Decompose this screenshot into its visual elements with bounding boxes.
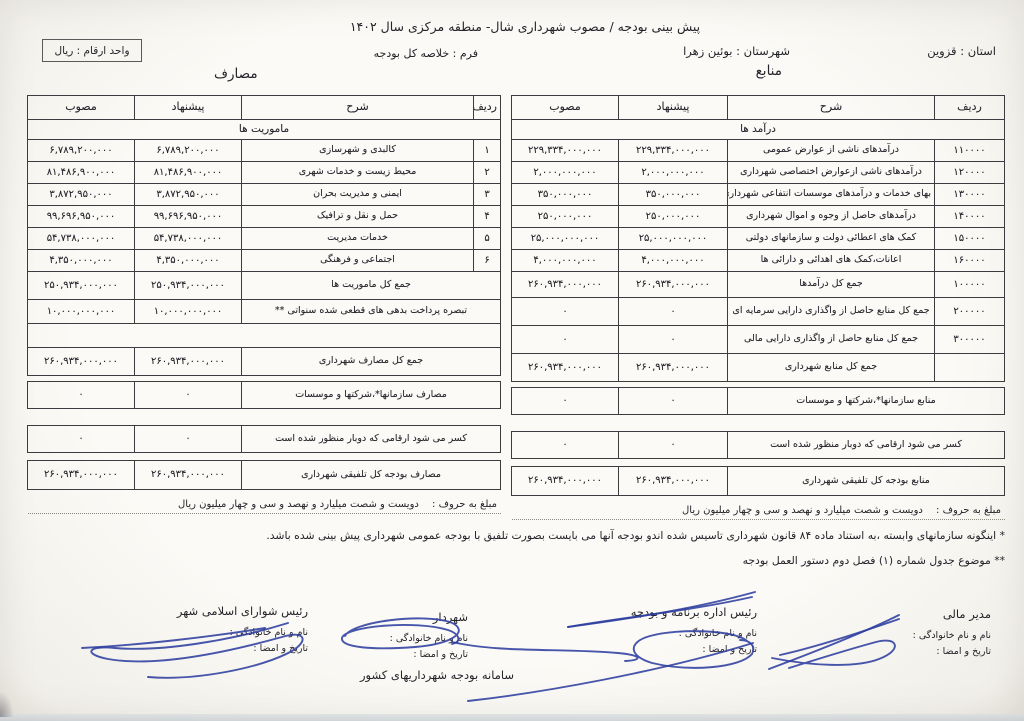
proposed-cell: ۲۶۰,۹۳۴,۰۰۰,۰۰۰ (619, 354, 728, 382)
expenses-organizations-row: مصارف سازمانها*،شرکتها و موسسات ۰ ۰ (27, 381, 501, 409)
note-debts-row: تبصره پرداخت بدهی های قطعی شده سنواتی **… (28, 300, 501, 324)
table-row: ۳ ایمنی و مدیریت بحران ۳,۸۷۲,۹۵۰,۰۰۰ ۳,۸… (28, 184, 501, 206)
resources-consolidated-row: منابع بودجه کل تلفیقی شهرداری ۲۶۰,۹۳۴,۰۰… (511, 466, 1005, 496)
expenses-section: ردیف شرح پیشنهاد مصوب ماموریت ها ۱ کالبد… (28, 95, 501, 514)
signature-block-mayor: شهردار نام و نام خانوادگی : تاریخ و امضا… (333, 610, 468, 660)
approved-cell: ۰ (512, 388, 619, 415)
code-cell: ۱۱۰۰۰۰ (935, 140, 1005, 162)
code-cell: ۶ (474, 250, 501, 272)
expenses-table: ردیف شرح پیشنهاد مصوب ماموریت ها ۱ کالبد… (27, 95, 501, 376)
budget-system-caption: سامانه بودجه شهرداریهای کشور (347, 668, 527, 682)
band-label: ماموریت ها (28, 120, 501, 140)
band-row: ماموریت ها (28, 120, 501, 140)
code-cell: ۱۰۰۰۰۰ (935, 272, 1005, 298)
expenses-deduction-row: کسر می شود ارقامی که دوبار منظور شده است… (27, 425, 501, 453)
empty-row (28, 324, 501, 348)
desc-cell: بهای خدمات و درآمدهای موسسات انتفاعی شهر… (728, 184, 935, 206)
expenses-table-title: مصارف (214, 66, 258, 82)
approved-cell: ۰ (512, 298, 619, 326)
code-cell: ۱۲۰۰۰۰ (935, 162, 1005, 184)
role-title: رئیس شوارای اسلامی شهر (108, 604, 308, 618)
desc-cell: جمع کل درآمدها (728, 272, 935, 298)
header-code: ردیف (474, 96, 501, 120)
province-label: استان : قزوین (927, 44, 996, 58)
proposed-cell: ۲۲۹,۳۳۴,۰۰۰,۰۰۰ (619, 140, 728, 162)
approved-cell: ۳۵۰,۰۰۰,۰۰۰ (512, 184, 619, 206)
proposed-cell: ۱۰,۰۰۰,۰۰۰,۰۰۰ (135, 300, 242, 324)
table-row: ۱ کالبدی و شهرسازی ۶,۷۸۹,۲۰۰,۰۰۰ ۶,۷۸۹,۲… (28, 140, 501, 162)
proposed-cell: ۲۶۰,۹۳۴,۰۰۰,۰۰۰ (135, 348, 242, 376)
resources-table: ردیف شرح پیشنهاد مصوب درآمد ها ۱۱۰۰۰۰ در… (511, 95, 1005, 382)
table-row: ۱۲۰۰۰۰ درآمدهای ناشی ازعوارض اختصاصی شهر… (512, 162, 1005, 184)
table-row: ۱۱۰۰۰۰ درآمدهای ناشی از عوارض عمومی ۲۲۹,… (512, 140, 1005, 162)
proposed-cell: ۲۵۰,۹۳۴,۰۰۰,۰۰۰ (135, 272, 242, 300)
total-missions-row: جمع کل ماموریت ها ۲۵۰,۹۳۴,۰۰۰,۰۰۰ ۲۵۰,۹۳… (28, 272, 501, 300)
desc-cell: کسر می شود ارقامی که دوبار منظور شده است (728, 432, 1005, 459)
signature-block-budget-office-head: رئیس اداره برنامه و بودجه نام و نام خانو… (577, 605, 757, 655)
role-title: رئیس اداره برنامه و بودجه (577, 605, 757, 619)
proposed-cell: ۲۵,۰۰۰,۰۰۰,۰۰۰ (619, 228, 728, 250)
name-label: نام و نام خانوادگی : (851, 630, 991, 641)
role-title: شهردار (339, 610, 468, 624)
name-label: نام و نام خانوادگی : (333, 633, 468, 644)
code-cell: ۲۰۰۰۰۰ (935, 298, 1005, 326)
proposed-cell: ۰ (619, 326, 728, 354)
table-row: ۱۶۰۰۰۰ اعانات،کمک های اهدائی و دارائی ها… (512, 250, 1005, 272)
desc-cell: درآمدهای ناشی ازعوارض اختصاصی شهرداری (728, 162, 935, 184)
amount-words-label: مبلغ به حروف : (432, 499, 497, 510)
desc-cell: درآمدهای حاصل از وجوه و اموال شهرداری (728, 206, 935, 228)
proposed-cell: ۴,۳۵۰,۰۰۰,۰۰۰ (135, 250, 242, 272)
approved-cell: ۲۶۰,۹۳۴,۰۰۰,۰۰۰ (512, 467, 619, 496)
signature-block-islamic-council-head: رئیس شوارای اسلامی شهر نام و نام خانوادگ… (80, 604, 308, 654)
scan-corner-smudge (0, 691, 14, 717)
approved-cell: ۰ (512, 326, 619, 354)
code-cell: ۴ (474, 206, 501, 228)
approved-cell: ۲۵,۰۰۰,۰۰۰,۰۰۰ (512, 228, 619, 250)
table-header-row: ردیف شرح پیشنهاد مصوب (512, 96, 1005, 120)
header-approved: مصوب (28, 96, 135, 120)
table-row: ۱۳۰۰۰۰ بهای خدمات و درآمدهای موسسات انتف… (512, 184, 1005, 206)
resources-table-title: منابع (756, 63, 782, 79)
footnote-2: ** موضوع جدول شماره (۱) فصل دوم دستور ال… (743, 554, 1005, 567)
scan-edge-strip (0, 714, 1024, 721)
code-cell: ۵ (474, 228, 501, 250)
proposed-cell: ۰ (135, 382, 242, 409)
desc-cell: جمع کل منابع حاصل از واگذاری دارایی سرما… (728, 298, 935, 326)
approved-cell: ۲۶۰,۹۳۴,۰۰۰,۰۰۰ (28, 461, 135, 490)
amount-words-value: دویست و شصت میلیارد و نهصد و سی و چهار م… (682, 505, 923, 516)
unit-of-figures-box: واحد ارقام : ریال (42, 39, 142, 62)
approved-cell: ۲۵۰,۹۳۴,۰۰۰,۰۰۰ (28, 272, 135, 300)
desc-cell: منابع بودجه کل تلفیقی شهرداری (728, 467, 1005, 496)
total-resources-row: جمع کل منابع شهرداری ۲۶۰,۹۳۴,۰۰۰,۰۰۰ ۲۶۰… (512, 354, 1005, 382)
desc-cell: اعانات،کمک های اهدائی و دارائی ها (728, 250, 935, 272)
band-label: درآمد ها (512, 120, 1005, 140)
approved-cell: ۰ (28, 426, 135, 453)
approved-cell: ۴,۳۵۰,۰۰۰,۰۰۰ (28, 250, 135, 272)
table-row: ۴ حمل و نقل و ترافیک ۹۹,۶۹۶,۹۵۰,۰۰۰ ۹۹,۶… (28, 206, 501, 228)
desc-cell: کمک های اعطائی دولت و سازمانهای دولتی (728, 228, 935, 250)
county-label: شهرستان : بوئین زهرا (683, 44, 790, 58)
header-desc: شرح (242, 96, 474, 120)
approved-cell: ۲۵۰,۰۰۰,۰۰۰ (512, 206, 619, 228)
desc-cell: اجتماعی و فرهنگی (242, 250, 474, 272)
header-desc: شرح (728, 96, 935, 120)
code-cell: ۱۵۰۰۰۰ (935, 228, 1005, 250)
approved-cell: ۰ (512, 432, 619, 459)
expenses-consolidated-row: مصارف بودجه کل تلفیقی شهرداری ۲۶۰,۹۳۴,۰۰… (27, 460, 501, 490)
table-row: مصارف سازمانها*،شرکتها و موسسات ۰ ۰ (28, 382, 501, 409)
approved-cell: ۰ (28, 382, 135, 409)
footnote-1: * اینگونه سازمانهای وابسته ،به استناد ما… (266, 529, 1005, 542)
table-row: ۱۴۰۰۰۰ درآمدهای حاصل از وجوه و اموال شهر… (512, 206, 1005, 228)
table-row: منابع بودجه کل تلفیقی شهرداری ۲۶۰,۹۳۴,۰۰… (512, 467, 1005, 496)
table-row: کسر می شود ارقامی که دوبار منظور شده است… (28, 426, 501, 453)
expenses-amount-in-words: مبلغ به حروف : دویست و شصت میلیارد و نهص… (28, 499, 501, 514)
total-expenses-row: جمع کل مصارف شهرداری ۲۶۰,۹۳۴,۰۰۰,۰۰۰ ۲۶۰… (28, 348, 501, 376)
header-proposed: پیشنهاد (619, 96, 728, 120)
table-row: کسر می شود ارقامی که دوبار منظور شده است… (512, 432, 1005, 459)
desc-cell: کسر می شود ارقامی که دوبار منظور شده است (242, 426, 501, 453)
proposed-cell: ۸۱,۴۸۶,۹۰۰,۰۰۰ (135, 162, 242, 184)
signature-block-finance-director: مدیر مالی نام و نام خانوادگی : تاریخ و ا… (851, 607, 991, 657)
proposed-cell: ۴,۰۰۰,۰۰۰,۰۰۰ (619, 250, 728, 272)
desc-cell: محیط زیست و خدمات شهری (242, 162, 474, 184)
proposed-cell: ۰ (619, 432, 728, 459)
amount-words-value: دویست و شصت میلیارد و نهصد و سی و چهار م… (178, 499, 419, 510)
resources-deduction-row: کسر می شود ارقامی که دوبار منظور شده است… (511, 431, 1005, 459)
doc-title: پیش بینی بودجه / مصوب شهرداری شال- منطقه… (340, 19, 710, 34)
resources-section: ردیف شرح پیشنهاد مصوب درآمد ها ۱۱۰۰۰۰ در… (512, 95, 1005, 520)
table-row: ۶ اجتماعی و فرهنگی ۴,۳۵۰,۰۰۰,۰۰۰ ۴,۳۵۰,۰… (28, 250, 501, 272)
approved-cell: ۲۲۹,۳۳۴,۰۰۰,۰۰۰ (512, 140, 619, 162)
table-row: ۲۰۰۰۰۰ جمع کل منابع حاصل از واگذاری دارا… (512, 298, 1005, 326)
desc-cell: جمع کل مصارف شهرداری (242, 348, 501, 376)
code-cell: ۱ (474, 140, 501, 162)
table-row: ۱۵۰۰۰۰ کمک های اعطائی دولت و سازمانهای د… (512, 228, 1005, 250)
role-title: مدیر مالی (851, 607, 991, 621)
proposed-cell: ۳,۸۷۲,۹۵۰,۰۰۰ (135, 184, 242, 206)
desc-cell: درآمدهای ناشی از عوارض عمومی (728, 140, 935, 162)
approved-cell: ۳,۸۷۲,۹۵۰,۰۰۰ (28, 184, 135, 206)
desc-cell: جمع کل منابع حاصل از واگذاری دارایی مالی (728, 326, 935, 354)
header-approved: مصوب (512, 96, 619, 120)
table-header-row: ردیف شرح پیشنهاد مصوب (28, 96, 501, 120)
name-label: نام و نام خانوادگی : (80, 627, 308, 638)
total-revenue-row: ۱۰۰۰۰۰ جمع کل درآمدها ۲۶۰,۹۳۴,۰۰۰,۰۰۰ ۲۶… (512, 272, 1005, 298)
approved-cell: ۹۹,۶۹۶,۹۵۰,۰۰۰ (28, 206, 135, 228)
date-signature-label: تاریخ و امضا : (333, 649, 468, 660)
amount-words-label: مبلغ به حروف : (936, 505, 1001, 516)
date-signature-label: تاریخ و امضا : (851, 646, 991, 657)
code-cell: ۳ (474, 184, 501, 206)
desc-cell: جمع کل منابع شهرداری (728, 354, 935, 382)
table-row: ۵ خدمات مدیریت ۵۴,۷۳۸,۰۰۰,۰۰۰ ۵۴,۷۳۸,۰۰۰… (28, 228, 501, 250)
header-proposed: پیشنهاد (135, 96, 242, 120)
form-type-label: فرم : خلاصه کل بودجه (374, 47, 478, 60)
header-code: ردیف (935, 96, 1005, 120)
date-signature-label: تاریخ و امضا : (80, 643, 308, 654)
date-signature-label: تاریخ و امضا : (577, 644, 757, 655)
desc-cell: مصارف سازمانها*،شرکتها و موسسات (242, 382, 501, 409)
desc-cell: جمع کل ماموریت ها (242, 272, 501, 300)
proposed-cell: ۰ (619, 298, 728, 326)
approved-cell: ۸۱,۴۸۶,۹۰۰,۰۰۰ (28, 162, 135, 184)
proposed-cell: ۰ (619, 388, 728, 415)
proposed-cell: ۰ (135, 426, 242, 453)
desc-cell: ایمنی و مدیریت بحران (242, 184, 474, 206)
approved-cell: ۴,۰۰۰,۰۰۰,۰۰۰ (512, 250, 619, 272)
approved-cell: ۱۰,۰۰۰,۰۰۰,۰۰۰ (28, 300, 135, 324)
approved-cell: ۲,۰۰۰,۰۰۰,۰۰۰ (512, 162, 619, 184)
proposed-cell: ۲۵۰,۰۰۰,۰۰۰ (619, 206, 728, 228)
scanned-budget-form: پیش بینی بودجه / مصوب شهرداری شال- منطقه… (0, 0, 1024, 721)
code-cell: ۱۳۰۰۰۰ (935, 184, 1005, 206)
approved-cell: ۲۶۰,۹۳۴,۰۰۰,۰۰۰ (512, 272, 619, 298)
proposed-cell: ۲,۰۰۰,۰۰۰,۰۰۰ (619, 162, 728, 184)
code-cell: ۱۶۰۰۰۰ (935, 250, 1005, 272)
band-row: درآمد ها (512, 120, 1005, 140)
resources-amount-in-words: مبلغ به حروف : دویست و شصت میلیارد و نهص… (512, 505, 1005, 520)
proposed-cell: ۲۶۰,۹۳۴,۰۰۰,۰۰۰ (135, 461, 242, 490)
approved-cell: ۶,۷۸۹,۲۰۰,۰۰۰ (28, 140, 135, 162)
resources-organizations-row: منابع سازمانها*،شرکتها و موسسات ۰ ۰ (511, 387, 1005, 415)
code-cell-empty (935, 354, 1005, 382)
code-cell: ۲ (474, 162, 501, 184)
proposed-cell: ۶,۷۸۹,۲۰۰,۰۰۰ (135, 140, 242, 162)
approved-cell: ۵۴,۷۳۸,۰۰۰,۰۰۰ (28, 228, 135, 250)
desc-cell: خدمات مدیریت (242, 228, 474, 250)
desc-cell: تبصره پرداخت بدهی های قطعی شده سنواتی ** (242, 300, 501, 324)
table-row: مصارف بودجه کل تلفیقی شهرداری ۲۶۰,۹۳۴,۰۰… (28, 461, 501, 490)
proposed-cell: ۵۴,۷۳۸,۰۰۰,۰۰۰ (135, 228, 242, 250)
proposed-cell: ۹۹,۶۹۶,۹۵۰,۰۰۰ (135, 206, 242, 228)
desc-cell: حمل و نقل و ترافیک (242, 206, 474, 228)
approved-cell: ۲۶۰,۹۳۴,۰۰۰,۰۰۰ (28, 348, 135, 376)
code-cell: ۱۴۰۰۰۰ (935, 206, 1005, 228)
table-row: منابع سازمانها*،شرکتها و موسسات ۰ ۰ (512, 388, 1005, 415)
approved-cell: ۲۶۰,۹۳۴,۰۰۰,۰۰۰ (512, 354, 619, 382)
table-row: ۲ محیط زیست و خدمات شهری ۸۱,۴۸۶,۹۰۰,۰۰۰ … (28, 162, 501, 184)
code-cell: ۳۰۰۰۰۰ (935, 326, 1005, 354)
proposed-cell: ۲۶۰,۹۳۴,۰۰۰,۰۰۰ (619, 467, 728, 496)
desc-cell: مصارف بودجه کل تلفیقی شهرداری (242, 461, 501, 490)
desc-cell: منابع سازمانها*،شرکتها و موسسات (728, 388, 1005, 415)
table-row: ۳۰۰۰۰۰ جمع کل منابع حاصل از واگذاری دارا… (512, 326, 1005, 354)
empty-cell (28, 324, 501, 348)
desc-cell: کالبدی و شهرسازی (242, 140, 474, 162)
proposed-cell: ۲۶۰,۹۳۴,۰۰۰,۰۰۰ (619, 272, 728, 298)
proposed-cell: ۳۵۰,۰۰۰,۰۰۰ (619, 184, 728, 206)
name-label: نام و نام خانوادگی : (577, 628, 757, 639)
